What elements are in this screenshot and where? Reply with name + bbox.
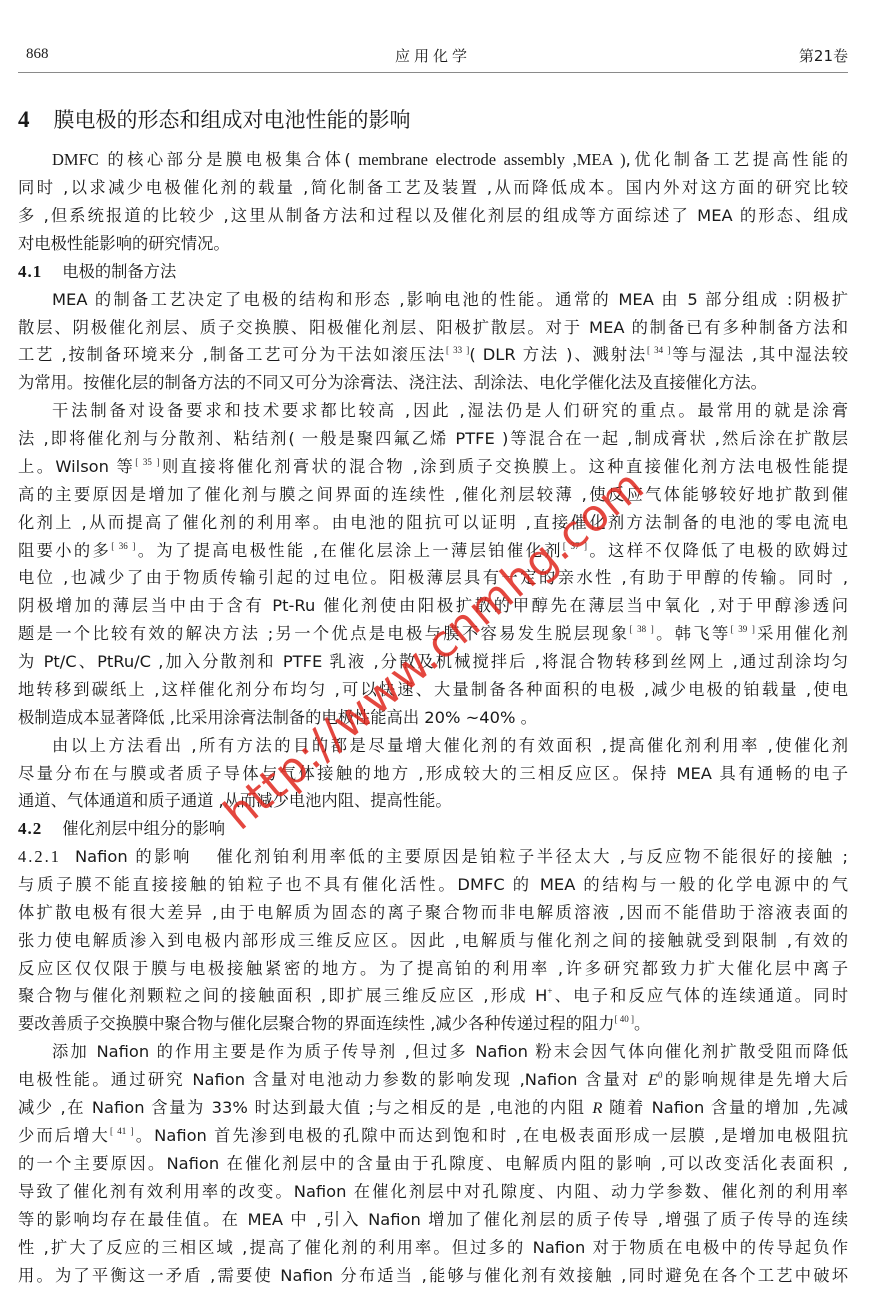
- text-line: 极制造成本显著降低 ,比采用涂膏法制备的电极性能高出 20% ~40% 。: [18, 704, 848, 732]
- subsection-heading-4-2: 4.2催化剂层中组分的影响: [18, 815, 225, 843]
- text-line: 体扩散电极有很大差异 ,由于电解质为固态的离子聚合物而非电解质溶液 ,因而不能借…: [18, 899, 848, 927]
- text-line: 题是一个比较有效的解决方法 ;另一个优点是电极与膜不容易发生脱层现象[ 38 ]…: [18, 620, 848, 648]
- volume-label: 第21卷: [799, 45, 848, 66]
- text-line: 的一个主要原因。Nafion 在催化剂层中的含量由于孔隙度、电解质内阻的影响 ,…: [18, 1150, 848, 1178]
- text-line: 散层、阴极催化剂层、质子交换膜、阳极催化剂层、阳极扩散层。对于 MEA 的制备已…: [18, 314, 848, 342]
- citation: [ 37 ]: [563, 541, 587, 551]
- subsubsection-title: Nafion 的影响: [75, 847, 192, 866]
- citation: [ 36 ]: [111, 541, 135, 551]
- text-line: 要改善质子交换膜中聚合物与催化层聚合物的界面连续性 ,减少各种传递过程的阻力[ …: [18, 1010, 848, 1038]
- citation: [ 40 ]: [614, 1014, 634, 1024]
- text-line: 反应区仅仅限于膜与电极接触紧密的地方。为了提高铂的利用率 ,许多研究都致力扩大催…: [18, 955, 848, 983]
- text-line: 地转移到碳纸上 ,这样催化剂分布均匀 ,可以快速、大量制备各种面积的电极 ,减少…: [18, 676, 848, 704]
- text-line: 电位 ,也减少了由于物质传输引起的过电位。阳极薄层具有一定的亲水性 ,有助于甲醇…: [18, 564, 848, 592]
- text-line: 化剂上 ,从而提高了催化剂的利用率。由电池的阻抗可以证明 ,直接催化剂方法制备的…: [18, 509, 848, 537]
- text-line: 高的主要原因是增加了催化剂与膜之间界面的连续性 ,催化剂层较薄 ,使反应气体能够…: [18, 481, 848, 509]
- text-line: MEA 的制备工艺决定了电极的结构和形态 ,影响电池的性能。通常的 MEA 由 …: [52, 286, 848, 314]
- text-line: 对电极性能影响的研究情况。: [18, 230, 848, 258]
- text-line: 尽量分布在与膜或者质子导体与气体接触的地方 ,形成较大的三相反应区。保持 MEA…: [18, 760, 848, 788]
- text-line: 用。为了平衡这一矛盾 ,需要使 Nafion 分布适当 ,能够与催化剂有效接触 …: [18, 1262, 848, 1290]
- text-line: 添加 Nafion 的作用主要是作为质子传导剂 ,但过多 Nafion 粉末会因…: [52, 1038, 848, 1066]
- text-line: 多 ,但系统报道的比较少 ,这里从制备方法和过程以及催化剂层的组成等方面综述了 …: [18, 202, 848, 230]
- text-line: 等的影响均存在最佳值。在 MEA 中 ,引入 Nafion 增加了催化剂层的质子…: [18, 1206, 848, 1234]
- text-line: 上。Wilson 等[ 35 ]则直接将催化剂膏状的混合物 ,涂到质子交换膜上。…: [18, 453, 848, 481]
- text-line: 4.2.1Nafion 的影响催化剂铂利用率低的主要原因是铂粒子半径太大 ,与反…: [18, 843, 848, 871]
- text-line: 法 ,即将催化剂与分散剂、粘结剂( 一般是聚四氟乙烯 PTFE )等混合在一起 …: [18, 425, 848, 453]
- text-line: 干法制备对设备要求和技术要求都比较高 ,因此 ,湿法仍是人们研究的重点。最常用的…: [52, 397, 848, 425]
- subsubsection-number: 4.2.1: [18, 847, 61, 866]
- text-line: DMFC 的核心部分是膜电极集合体( membrane electrode as…: [52, 146, 848, 174]
- running-header: 868 应用化学 第21卷: [18, 44, 848, 73]
- section-number: 4: [18, 107, 30, 132]
- citation: [ 34 ]: [647, 345, 670, 355]
- text-line: 张力使电解质渗入到电极内部形成三维反应区。因此 ,电解质与催化剂之间的接触就受到…: [18, 927, 848, 955]
- citation: [ 39 ]: [731, 624, 755, 634]
- text-line: 工艺 ,按制备环境来分 ,制备工艺可分为干法如滚压法[ 33 ]( DLR 方法…: [18, 341, 848, 369]
- text-line: 通道、气体通道和质子通道 ,从而减少电池内阻、提高性能。: [18, 787, 848, 815]
- text-line: 由以上方法看出 ,所有方法的目的都是尽量增大催化剂的有效面积 ,提高催化剂利用率…: [52, 732, 848, 760]
- citation: [ 41 ]: [110, 1126, 134, 1136]
- text-line: 少而后增大[ 41 ]。Nafion 首先渗到电极的孔隙中而达到饱和时 ,在电极…: [18, 1122, 848, 1150]
- text-line: 聚合物与催化剂颗粒之间的接触面积 ,即扩展三维反应区 ,形成 H+、电子和反应气…: [18, 982, 848, 1010]
- text-line: 同时 ,以求减少电极催化剂的载量 ,简化制备工艺及装置 ,从而降低成本。国内外对…: [18, 174, 848, 202]
- section-heading: 4膜电极的形态和组成对电池性能的影响: [18, 104, 411, 134]
- text-line: 阴极增加的薄层当中由于含有 Pt-Ru 催化剂使由阳极扩散的甲醇先在薄层当中氧化…: [18, 592, 848, 620]
- journal-title: 应用化学: [18, 45, 848, 66]
- text-line: 为常用。按催化层的制备方法的不同又可分为涂膏法、浇注法、刮涂法、电化学催化法及直…: [18, 369, 848, 397]
- citation: [ 38 ]: [630, 624, 654, 634]
- text-line: 电极性能。通过研究 Nafion 含量对电池动力参数的影响发现 ,Nafion …: [18, 1066, 848, 1094]
- text-line: 性 ,扩大了反应的三相区域 ,提高了催化剂的利用率。但过多的 Nafion 对于…: [18, 1234, 848, 1262]
- section-title: 膜电极的形态和组成对电池性能的影响: [54, 108, 411, 132]
- subsection-heading-4-1: 4.1电极的制备方法: [18, 258, 176, 286]
- text-line: 与质子膜不能直接接触的铂粒子也不具有催化活性。DMFC 的 MEA 的结构与一般…: [18, 871, 848, 899]
- text-line: 为 Pt/C、PtRu/C ,加入分散剂和 PTFE 乳液 ,分散及机械搅拌后 …: [18, 648, 848, 676]
- text-line: 导致了催化剂有效利用率的改变。Nafion 在催化剂层中对孔隙度、内阻、动力学参…: [18, 1178, 848, 1206]
- citation: [ 35 ]: [135, 457, 159, 467]
- citation: [ 33 ]: [446, 345, 469, 355]
- text-line: 减少 ,在 Nafion 含量为 33% 时达到最大值 ;与之相反的是 ,电池的…: [18, 1094, 848, 1122]
- text-line: 阻要小的多[ 36 ]。为了提高电极性能 ,在催化层涂上一薄层铂催化剂[ 37 …: [18, 537, 848, 565]
